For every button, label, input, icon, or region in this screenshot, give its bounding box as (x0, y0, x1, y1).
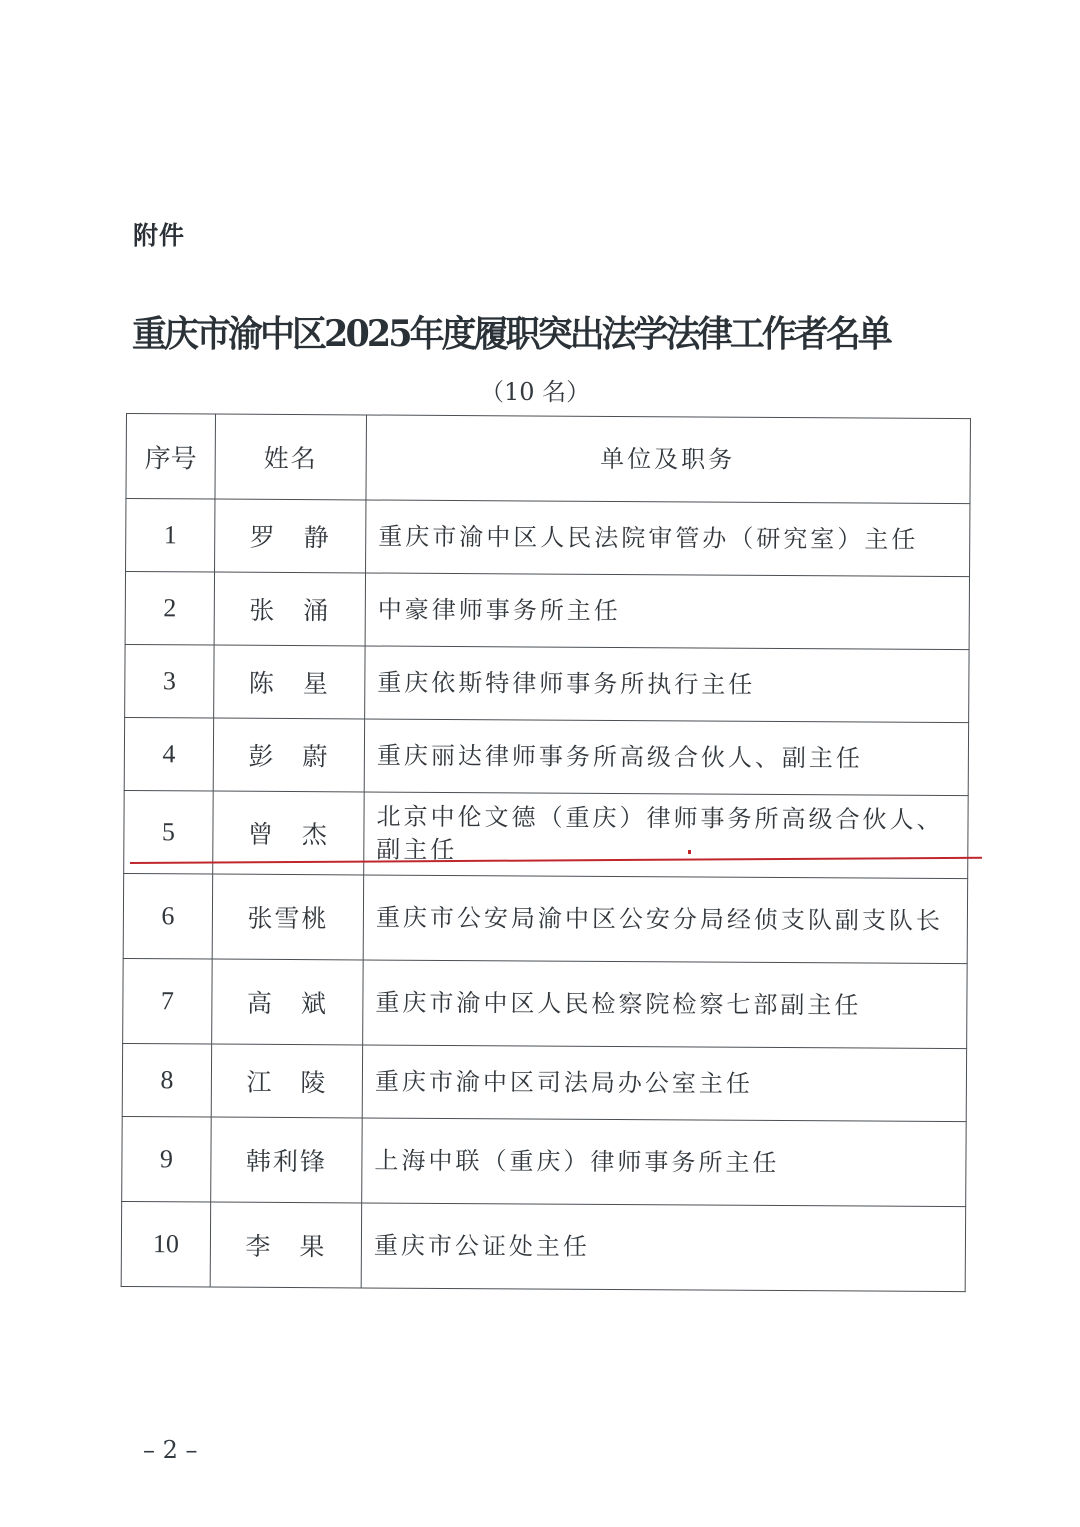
cell-name: 张雪桃 (212, 874, 364, 960)
table-row: 2 张 涌 中豪律师事务所主任 (125, 572, 969, 650)
cell-unit: 重庆市公证处主任 (361, 1203, 966, 1292)
cell-number: 2 (125, 572, 214, 646)
red-ink-mark (688, 850, 691, 854)
cell-unit: 重庆市渝中区人民法院审管办（研究室）主任 (366, 500, 970, 577)
cell-name: 彭 蔚 (213, 718, 364, 792)
cell-number: 10 (121, 1201, 211, 1287)
cell-name: 李 果 (210, 1202, 362, 1288)
table-row: 3 陈 星 重庆依斯特律师事务所执行主任 (125, 644, 969, 722)
table-row: 1 罗 静 重庆市渝中区人民法院审管办（研究室）主任 (126, 499, 970, 577)
cell-name: 江 陵 (211, 1044, 362, 1118)
document-title: 重庆市渝中区2025年度履职突出法学法律工作者名单 (132, 306, 927, 357)
column-header-unit: 单位及职务 (366, 415, 971, 504)
cell-name: 陈 星 (214, 645, 365, 719)
cell-unit: 重庆依斯特律师事务所执行主任 (365, 646, 969, 723)
document-subtitle: （10 名） (480, 372, 590, 407)
table-row: 10 李 果 重庆市公证处主任 (121, 1201, 966, 1291)
table-header-row: 序号 姓名 单位及职务 (126, 414, 971, 504)
cell-number: 7 (123, 958, 213, 1044)
table-row: 5 曾 杰 北京中伦文德（重庆）律师事务所高级合伙人、副主任 (124, 790, 968, 878)
cell-unit: 北京中伦文德（重庆）律师事务所高级合伙人、副主任 (364, 792, 968, 879)
table-row: 6 张雪桃 重庆市公安局渝中区公安分局经侦支队副支队长 (123, 873, 968, 963)
cell-unit: 上海中联（重庆）律师事务所主任 (362, 1118, 967, 1207)
table-row: 7 高 斌 重庆市渝中区人民检察院检察七部副主任 (123, 958, 968, 1048)
page-number: – 2 – (143, 1436, 198, 1464)
cell-number: 9 (122, 1116, 212, 1202)
table-row: 4 彭 蔚 重庆丽达律师事务所高级合伙人、副主任 (124, 717, 968, 795)
table-row: 8 江 陵 重庆市渝中区司法局办公室主任 (122, 1043, 966, 1121)
cell-unit: 重庆市公安局渝中区公安分局经侦支队副支队长 (363, 875, 968, 964)
cell-name: 韩利锋 (211, 1117, 363, 1203)
cell-unit: 重庆丽达律师事务所高级合伙人、副主任 (364, 719, 968, 796)
cell-number: 3 (125, 644, 214, 718)
cell-number: 6 (123, 873, 213, 959)
table-row: 9 韩利锋 上海中联（重庆）律师事务所主任 (122, 1116, 967, 1206)
column-header-number: 序号 (126, 414, 216, 500)
cell-name: 高 斌 (212, 959, 364, 1045)
column-header-name: 姓名 (215, 414, 367, 500)
cell-number: 1 (126, 499, 215, 573)
awardee-table: 序号 姓名 单位及职务 1 罗 静 重庆市渝中区人民法院审管办（研究室）主任 2… (121, 413, 971, 1292)
cell-unit: 重庆市渝中区司法局办公室主任 (362, 1045, 966, 1122)
cell-unit: 中豪律师事务所主任 (365, 573, 969, 650)
cell-name: 张 涌 (214, 572, 365, 646)
cell-number: 8 (122, 1043, 211, 1117)
attachment-label: 附件 (133, 216, 185, 252)
cell-name: 罗 静 (215, 499, 366, 573)
cell-unit: 重庆市渝中区人民检察院检察七部副主任 (363, 960, 968, 1049)
cell-number: 4 (124, 717, 213, 791)
